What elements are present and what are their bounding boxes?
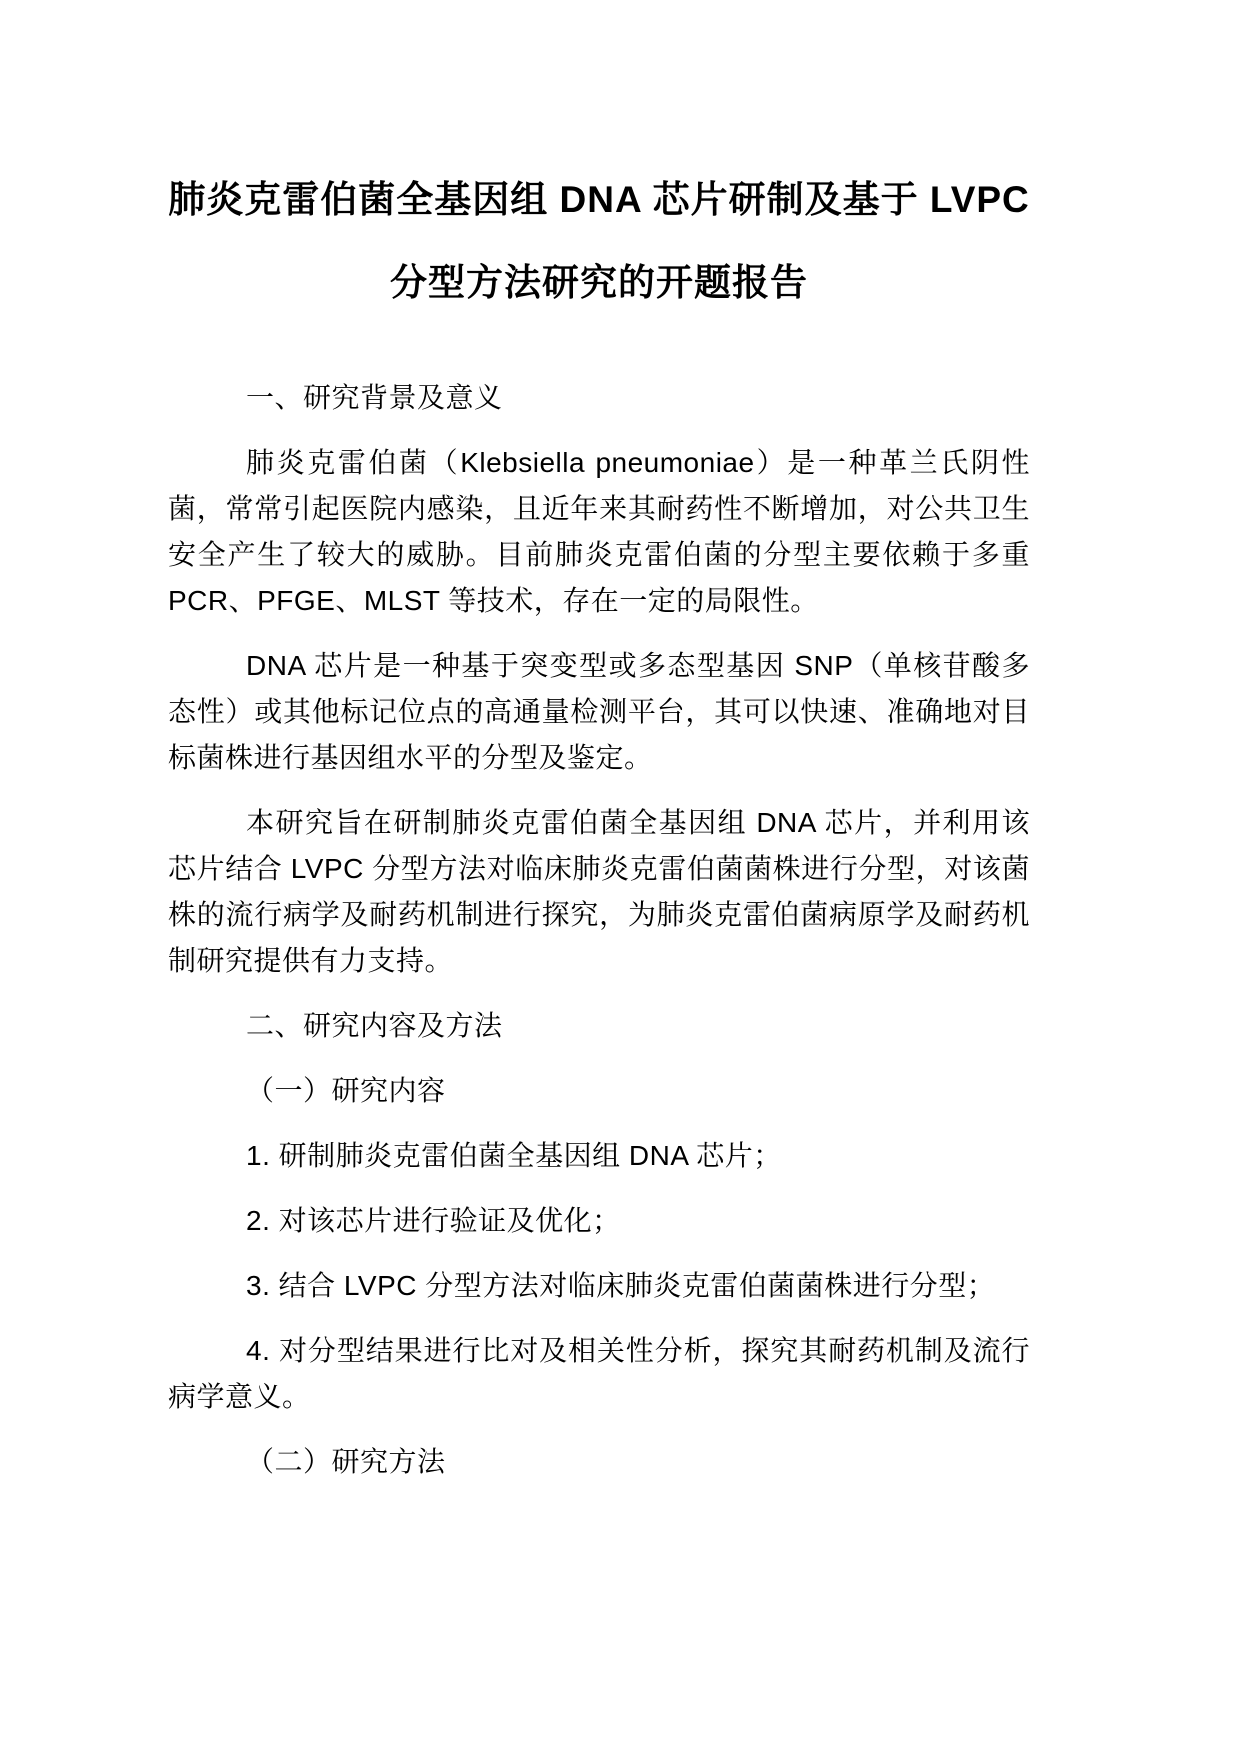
subheading-research-content: （一）研究内容 <box>168 1068 1030 1114</box>
subheading-research-methods: （二）研究方法 <box>168 1439 1030 1485</box>
document-title-line-1: 肺炎克雷伯菌全基因组 DNA 芯片研制及基于 LVPC <box>168 158 1030 241</box>
section-heading-research-content-methods: 二、研究内容及方法 <box>168 1003 1030 1049</box>
paragraph-dna-chip-description: DNA 芯片是一种基于突变型或多态型基因 SNP（单核苷酸多态性）或其他标记位点… <box>168 643 1030 781</box>
list-item-4-result-analysis: 4. 对分型结果进行比对及相关性分析，探究其耐药机制及流行病学意义。 <box>168 1328 1030 1420</box>
list-item-1-develop-dna-chip: 1. 研制肺炎克雷伯菌全基因组 DNA 芯片； <box>168 1133 1030 1179</box>
document-title-line-2: 分型方法研究的开题报告 <box>168 241 1030 324</box>
document-page: 肺炎克雷伯菌全基因组 DNA 芯片研制及基于 LVPC 分型方法研究的开题报告 … <box>0 0 1241 1754</box>
paragraph-klebsiella-background: 肺炎克雷伯菌（Klebsiella pneumoniae）是一种革兰氏阴性菌，常… <box>168 440 1030 624</box>
paragraph-research-purpose: 本研究旨在研制肺炎克雷伯菌全基因组 DNA 芯片，并利用该芯片结合 LVPC 分… <box>168 800 1030 984</box>
list-item-2-validate-optimize-chip: 2. 对该芯片进行验证及优化； <box>168 1198 1030 1244</box>
document-title: 肺炎克雷伯菌全基因组 DNA 芯片研制及基于 LVPC 分型方法研究的开题报告 <box>168 158 1030 324</box>
section-heading-research-background: 一、研究背景及意义 <box>168 375 1030 421</box>
list-item-3-lvpc-typing: 3. 结合 LVPC 分型方法对临床肺炎克雷伯菌菌株进行分型； <box>168 1263 1030 1309</box>
